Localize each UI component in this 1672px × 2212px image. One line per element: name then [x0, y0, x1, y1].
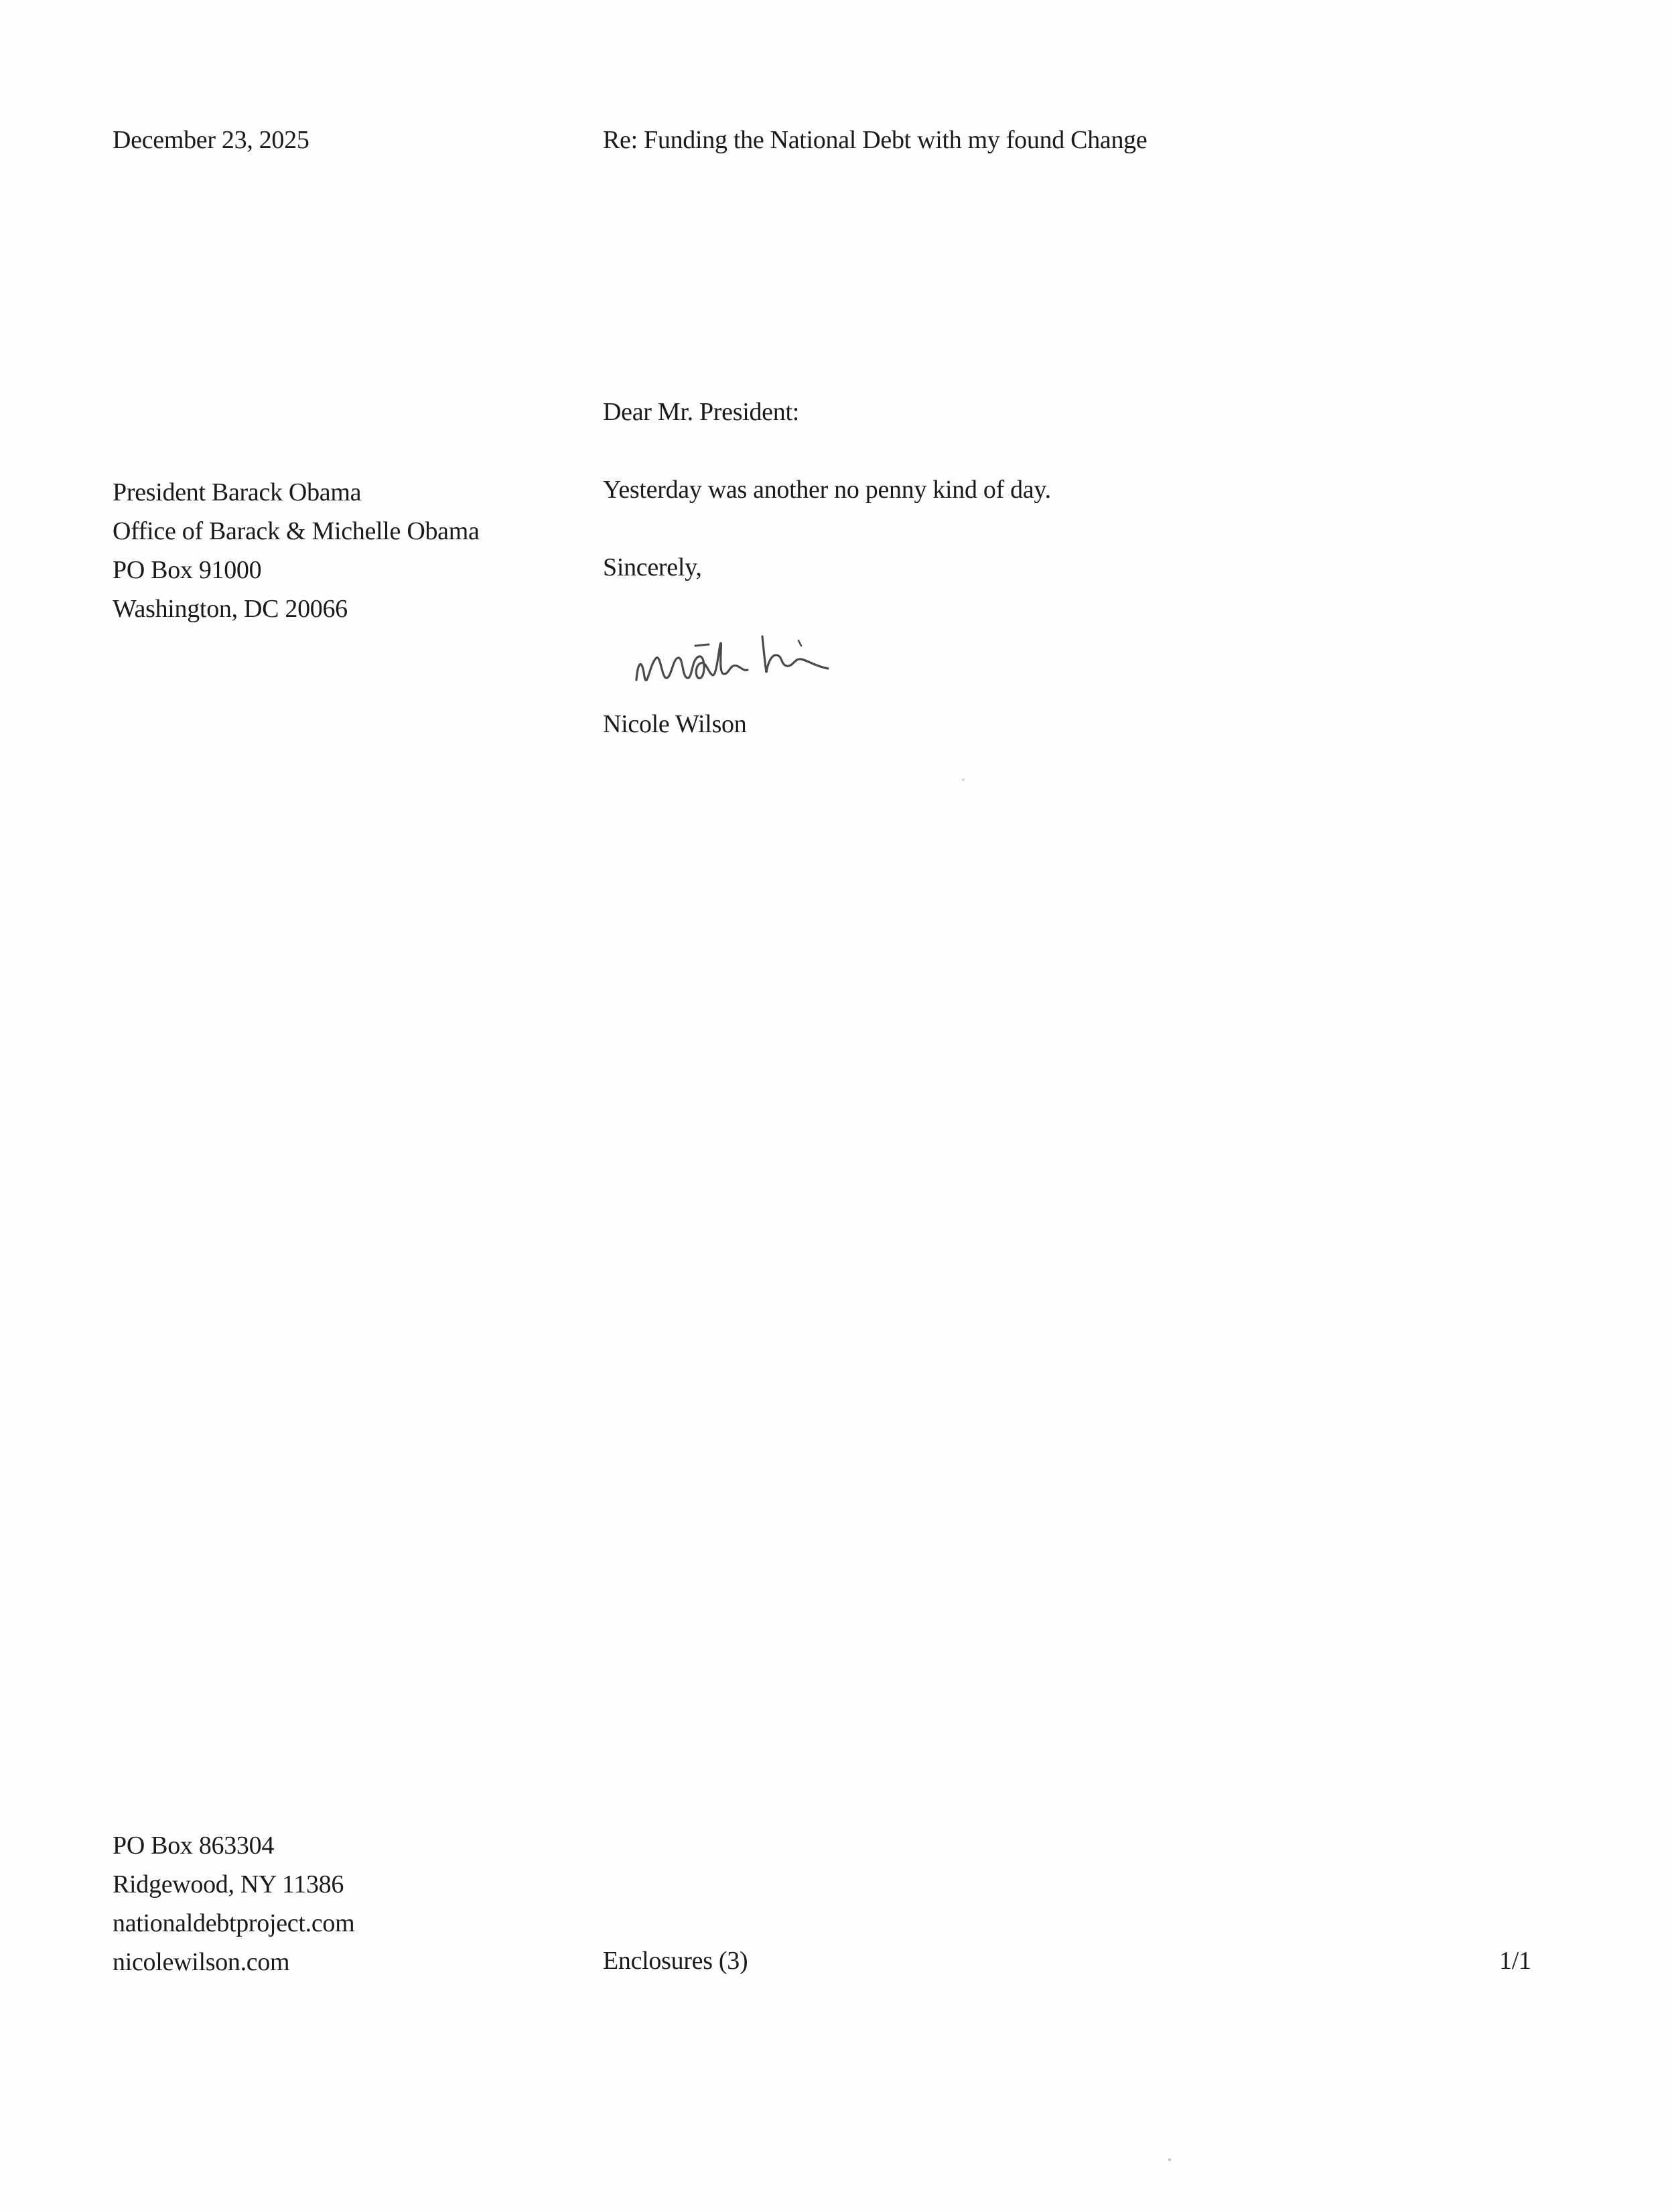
sender-address: PO Box 863304 Ridgewood, NY 11386 nation… — [113, 1826, 354, 1982]
sender-website: nicolewilson.com — [113, 1943, 354, 1982]
scan-speck — [1168, 2158, 1171, 2161]
page-number: 1/1 — [1499, 1948, 1531, 1974]
recipient-address: President Barack Obama Office of Barack … — [113, 473, 480, 628]
recipient-line: Office of Barack & Michelle Obama — [113, 512, 480, 551]
sender-website: nationaldebtproject.com — [113, 1904, 354, 1943]
sender-line: Ridgewood, NY 11386 — [113, 1865, 354, 1904]
letter-date: December 23, 2025 — [113, 127, 309, 153]
scan-speck — [962, 778, 965, 781]
letter-page: December 23, 2025 Re: Funding the Nation… — [0, 0, 1672, 2212]
enclosures-note: Enclosures (3) — [603, 1948, 748, 1974]
closing: Sincerely, — [603, 555, 702, 580]
sender-line: PO Box 863304 — [113, 1826, 354, 1865]
recipient-line: President Barack Obama — [113, 473, 480, 512]
recipient-line: PO Box 91000 — [113, 551, 480, 590]
recipient-line: Washington, DC 20066 — [113, 590, 480, 628]
letter-subject: Re: Funding the National Debt with my fo… — [603, 127, 1147, 153]
salutation: Dear Mr. President: — [603, 399, 799, 425]
letter-body: Yesterday was another no penny kind of d… — [603, 477, 1051, 502]
signer-name: Nicole Wilson — [603, 711, 746, 737]
signature-icon — [630, 616, 965, 697]
